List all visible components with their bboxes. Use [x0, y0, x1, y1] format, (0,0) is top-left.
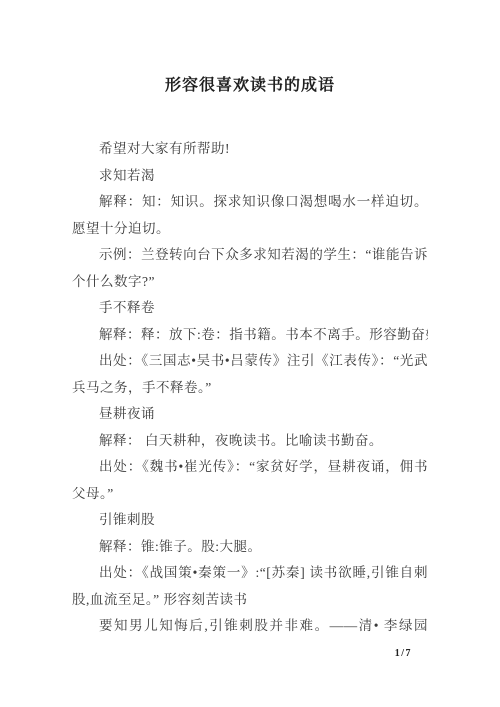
text-line: 愿望十分迫切。: [72, 216, 428, 243]
text-line: 解释： 白天耕种，夜晚读书。比喻读书勤奋。: [72, 428, 428, 455]
text-line: 解释：释：放下:卷：指书籍。书本不离手。形容勤奋好学。: [72, 322, 428, 349]
text-line: 出处：《战国策•秦策一》:“[苏秦] 读书欲睡,引锥自刺其: [72, 560, 428, 587]
text-line: 希望对大家有所帮助!: [72, 136, 428, 163]
text-line: 股,血流至足。” 形容刻苦读书: [72, 587, 428, 614]
text-line: 兵马之务，手不释卷。”: [72, 375, 428, 402]
page-title: 形容很喜欢读书的成语: [0, 72, 500, 95]
text-line: 个什么数字?”: [72, 269, 428, 296]
text-line: 父母。”: [72, 481, 428, 508]
text-line: 求知若渴: [72, 163, 428, 190]
text-line: 引锥刺股: [72, 507, 428, 534]
text-line: 手不释卷: [72, 295, 428, 322]
document-page: 形容很喜欢读书的成语 希望对大家有所帮助!求知若渴解释：知：知识。探求知识像口渴…: [0, 0, 500, 707]
page-number: 1/7: [395, 648, 412, 659]
text-line: 昼耕夜诵: [72, 401, 428, 428]
text-line: 示例：兰登转向台下众多求知若渴的学生：“谁能告诉我这是: [72, 242, 428, 269]
document-body: 希望对大家有所帮助!求知若渴解释：知：知识。探求知识像口渴想喝水一样迫切。形容求…: [72, 136, 428, 640]
text-line: 要知男儿知悔后,引锥刺股并非难。——清• 李绿园《歧路: [72, 613, 428, 640]
text-line: 出处：《魏书•崔光传》：“家贫好学，昼耕夜诵，佣书以养: [72, 454, 428, 481]
text-line: 解释：知：知识。探求知识像口渴想喝水一样迫切。形容求知: [72, 189, 428, 216]
text-line: 出处：《三国志•吴书•吕蒙传》注引《江表传》：“光武当: [72, 348, 428, 375]
text-line: 解释：锥:锥子。股:大腿。: [72, 534, 428, 561]
